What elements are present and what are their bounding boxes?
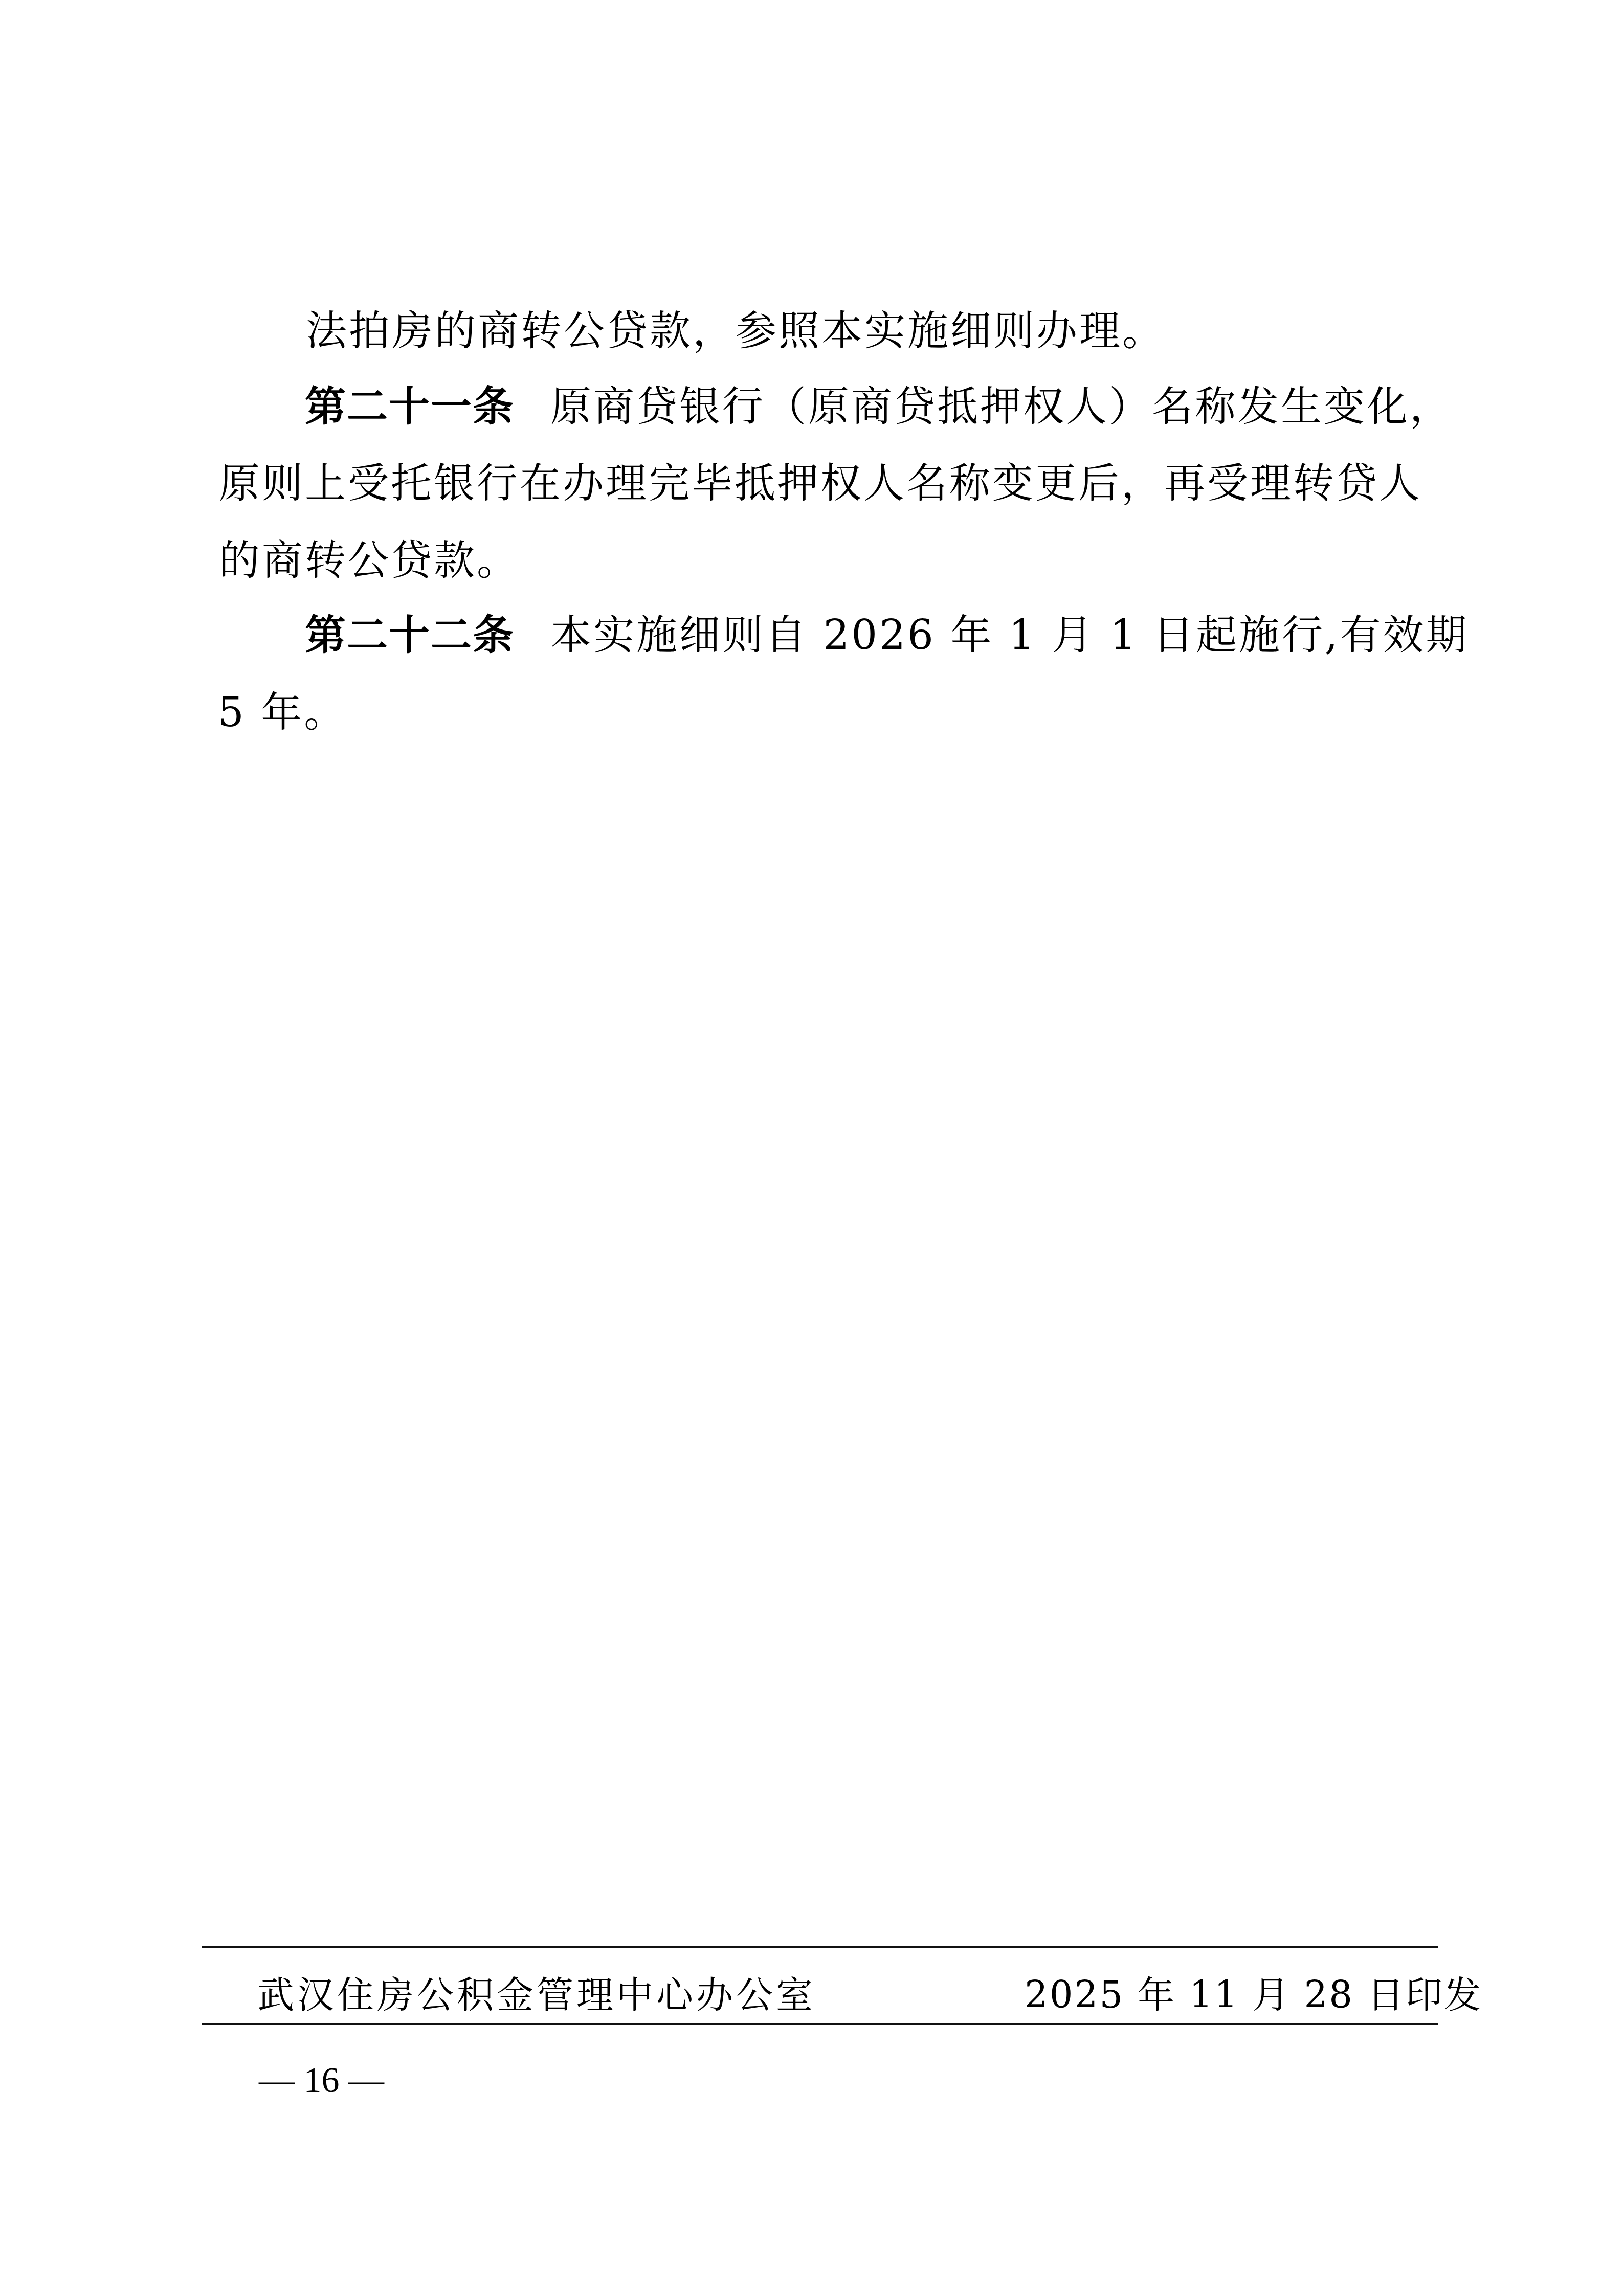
article-21-heading: 第二十一条 [305, 382, 515, 430]
footer-top-rule [202, 1946, 1438, 1948]
body-line: 的商转公贷款。 [219, 535, 520, 586]
article-21-first-line: 第二十一条原商贷银行（原商贷抵押权人）名称发生变化， [305, 381, 1453, 432]
footer-bottom-rule [202, 2023, 1438, 2025]
article-22-first-line: 第二十二条本实施细则自 2026 年 1 月 1 日起施行,有效期 [305, 610, 1469, 661]
article-22-heading: 第二十二条 [305, 611, 515, 659]
issue-date: 2025 年 11 月 28 日印发 [1025, 1972, 1482, 2018]
article-21-text: 原商贷银行（原商贷抵押权人）名称发生变化， [550, 382, 1453, 430]
body-line: 原则上受托银行在办理完毕抵押权人名称变更后，再受理转贷人 [219, 458, 1422, 509]
page-number: — 16 — [259, 2058, 384, 2104]
body-line: 法拍房的商转公贷款，参照本实施细则办理。 [306, 305, 1165, 356]
body-line: 5 年。 [218, 687, 347, 738]
issuer-name: 武汉住房公积金管理中心办公室 [257, 1972, 816, 2018]
document-page: 法拍房的商转公贷款，参照本实施细则办理。 第二十一条原商贷银行（原商贷抵押权人）… [0, 0, 1624, 2296]
article-22-text: 本实施细则自 2026 年 1 月 1 日起施行,有效期 [550, 611, 1469, 659]
